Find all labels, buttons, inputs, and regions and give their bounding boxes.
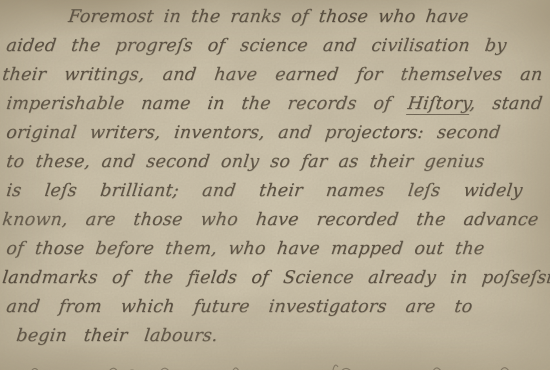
- partial-next-line-strokes: [0, 356, 550, 370]
- manuscript-line-3: their writings, and have earned for them…: [1, 61, 545, 90]
- line-4-pre: imperishable name in the records of: [5, 94, 409, 114]
- manuscript-line-10: landmarks of the fields of Science alrea…: [1, 264, 550, 293]
- manuscript-line-7: is leſs brilliant; and their names leſs …: [5, 177, 525, 206]
- manuscript-line-8: known, are those who have recorded the a…: [1, 206, 541, 235]
- manuscript-line-11: and from which future investigators are …: [5, 293, 475, 322]
- manuscript-line-2: aided the progreſs of science and civili…: [5, 32, 509, 61]
- manuscript-text: Foremost in the ranks of those who have …: [0, 3, 550, 351]
- manuscript-line-9: of those before them, who have mapped ou…: [5, 235, 487, 264]
- line-4-post: , stand: [469, 94, 544, 114]
- manuscript-line-12: begin their labours.: [15, 322, 539, 351]
- manuscript-line-6: to these, and second only so far as thei…: [5, 148, 487, 177]
- manuscript-page: Foremost in the ranks of those who have …: [0, 0, 550, 370]
- underlined-word-history: Hiſtory: [406, 94, 471, 115]
- manuscript-line-1: Foremost in the ranks of those who have: [67, 3, 471, 32]
- manuscript-line-5: original writers, inventors, and project…: [5, 119, 503, 148]
- manuscript-line-4: imperishable name in the records of Hiſt…: [5, 90, 545, 119]
